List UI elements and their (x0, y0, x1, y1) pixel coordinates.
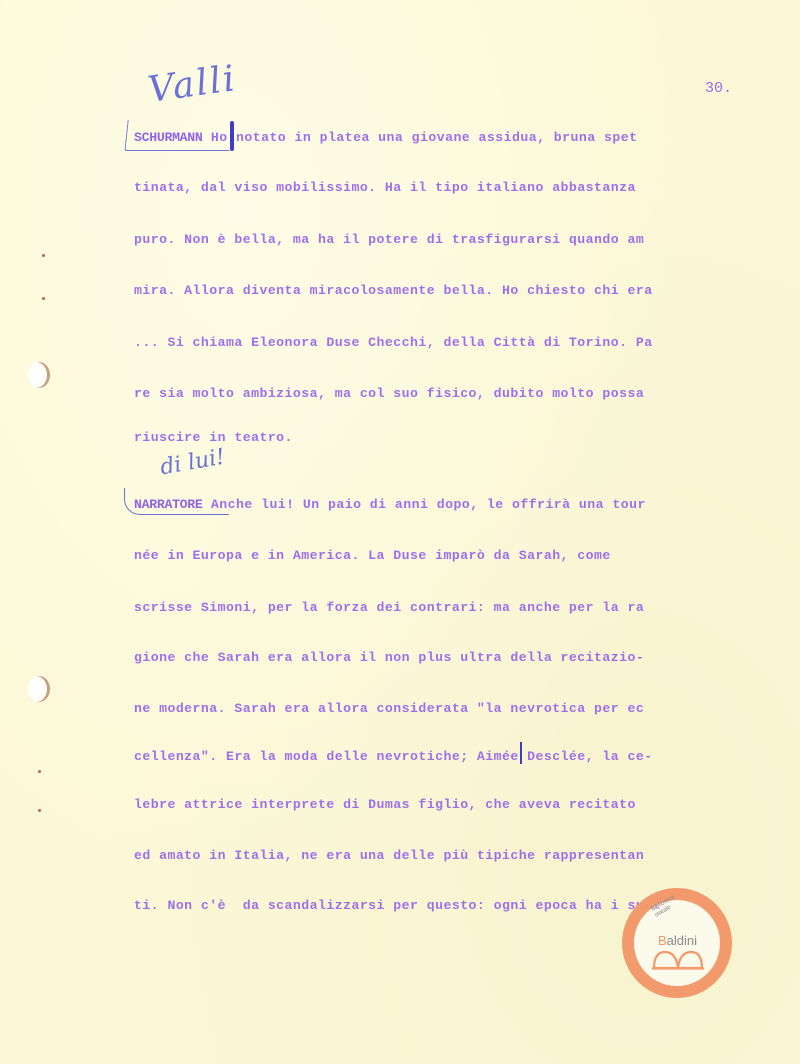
paper-speck (38, 809, 41, 812)
text-line: née in Europa e in America. La Duse impa… (134, 548, 611, 563)
text-line: ed amato in Italia, ne era una delle più… (134, 848, 644, 863)
text-line: cellenza". Era la moda delle nevrotiche;… (134, 749, 653, 764)
text-line: riuscire in teatro. (134, 430, 293, 445)
handwritten-note: Valli (146, 58, 240, 111)
speaker-name: SCHURMANN (134, 130, 203, 145)
text-line: re sia molto ambiziosa, ma col suo fisic… (134, 386, 644, 401)
line-text: ne moderna. Sarah era allora considerata… (134, 701, 644, 716)
open-book-icon (652, 948, 704, 970)
line-text: Ho notato in platea una giovane assidua,… (203, 130, 638, 145)
line-text: tinata, dal viso mobilissimo. Ha il tipo… (134, 180, 636, 195)
line-text: puro. Non è bella, ma ha il potere di tr… (134, 232, 644, 247)
paper-speck (42, 297, 45, 300)
line-text: scrisse Simoni, per la forza dei contrar… (134, 600, 644, 615)
text-line: ti. Non c'è da scandalizzarsi per questo… (134, 898, 661, 913)
line-text: ed amato in Italia, ne era una delle più… (134, 848, 644, 863)
text-line: lebre attrice interprete di Dumas figlio… (134, 797, 636, 812)
text-line: scrisse Simoni, per la forza dei contrar… (134, 600, 644, 615)
handwritten-note: di lui! (158, 445, 227, 481)
text-line: mira. Allora diventa miracolosamente bel… (134, 283, 653, 298)
paper-speck (42, 254, 45, 257)
line-text: gione che Sarah era allora il non plus u… (134, 650, 644, 665)
line-text: lebre attrice interprete di Dumas figlio… (134, 797, 636, 812)
punch-hole (28, 676, 50, 702)
page-number: 30. (705, 80, 732, 97)
text-line: ne moderna. Sarah era allora considerata… (134, 701, 644, 716)
document-page: 30. Valli di lui! SCHURMANN Ho notato in… (0, 0, 800, 1064)
dialogue-line: SCHURMANN Ho notato in platea una giovan… (134, 130, 637, 145)
line-text: ... Si chiama Eleonora Duse Checchi, del… (134, 335, 653, 350)
text-line: tinata, dal viso mobilissimo. Ha il tipo… (134, 180, 636, 195)
line-text: cellenza". Era la moda delle nevrotiche;… (134, 749, 653, 764)
speaker-name: NARRATORE (134, 497, 203, 512)
stamp-name: Baldini (658, 933, 697, 948)
line-text: riuscire in teatro. (134, 430, 293, 445)
line-text: Anche lui! Un paio di anni dopo, le offr… (203, 497, 646, 512)
line-text: mira. Allora diventa miracolosamente bel… (134, 283, 653, 298)
dialogue-line: NARRATORE Anche lui! Un paio di anni dop… (134, 497, 646, 512)
line-text: née in Europa e in America. La Duse impa… (134, 548, 611, 563)
text-line: puro. Non è bella, ma ha il potere di tr… (134, 232, 644, 247)
punch-hole (28, 362, 50, 388)
line-text: re sia molto ambiziosa, ma col suo fisic… (134, 386, 644, 401)
paper-speck (38, 770, 41, 773)
text-line: ... Si chiama Eleonora Duse Checchi, del… (134, 335, 653, 350)
line-text: ti. Non c'è da scandalizzarsi per questo… (134, 898, 661, 913)
text-line: gione che Sarah era allora il non plus u… (134, 650, 644, 665)
